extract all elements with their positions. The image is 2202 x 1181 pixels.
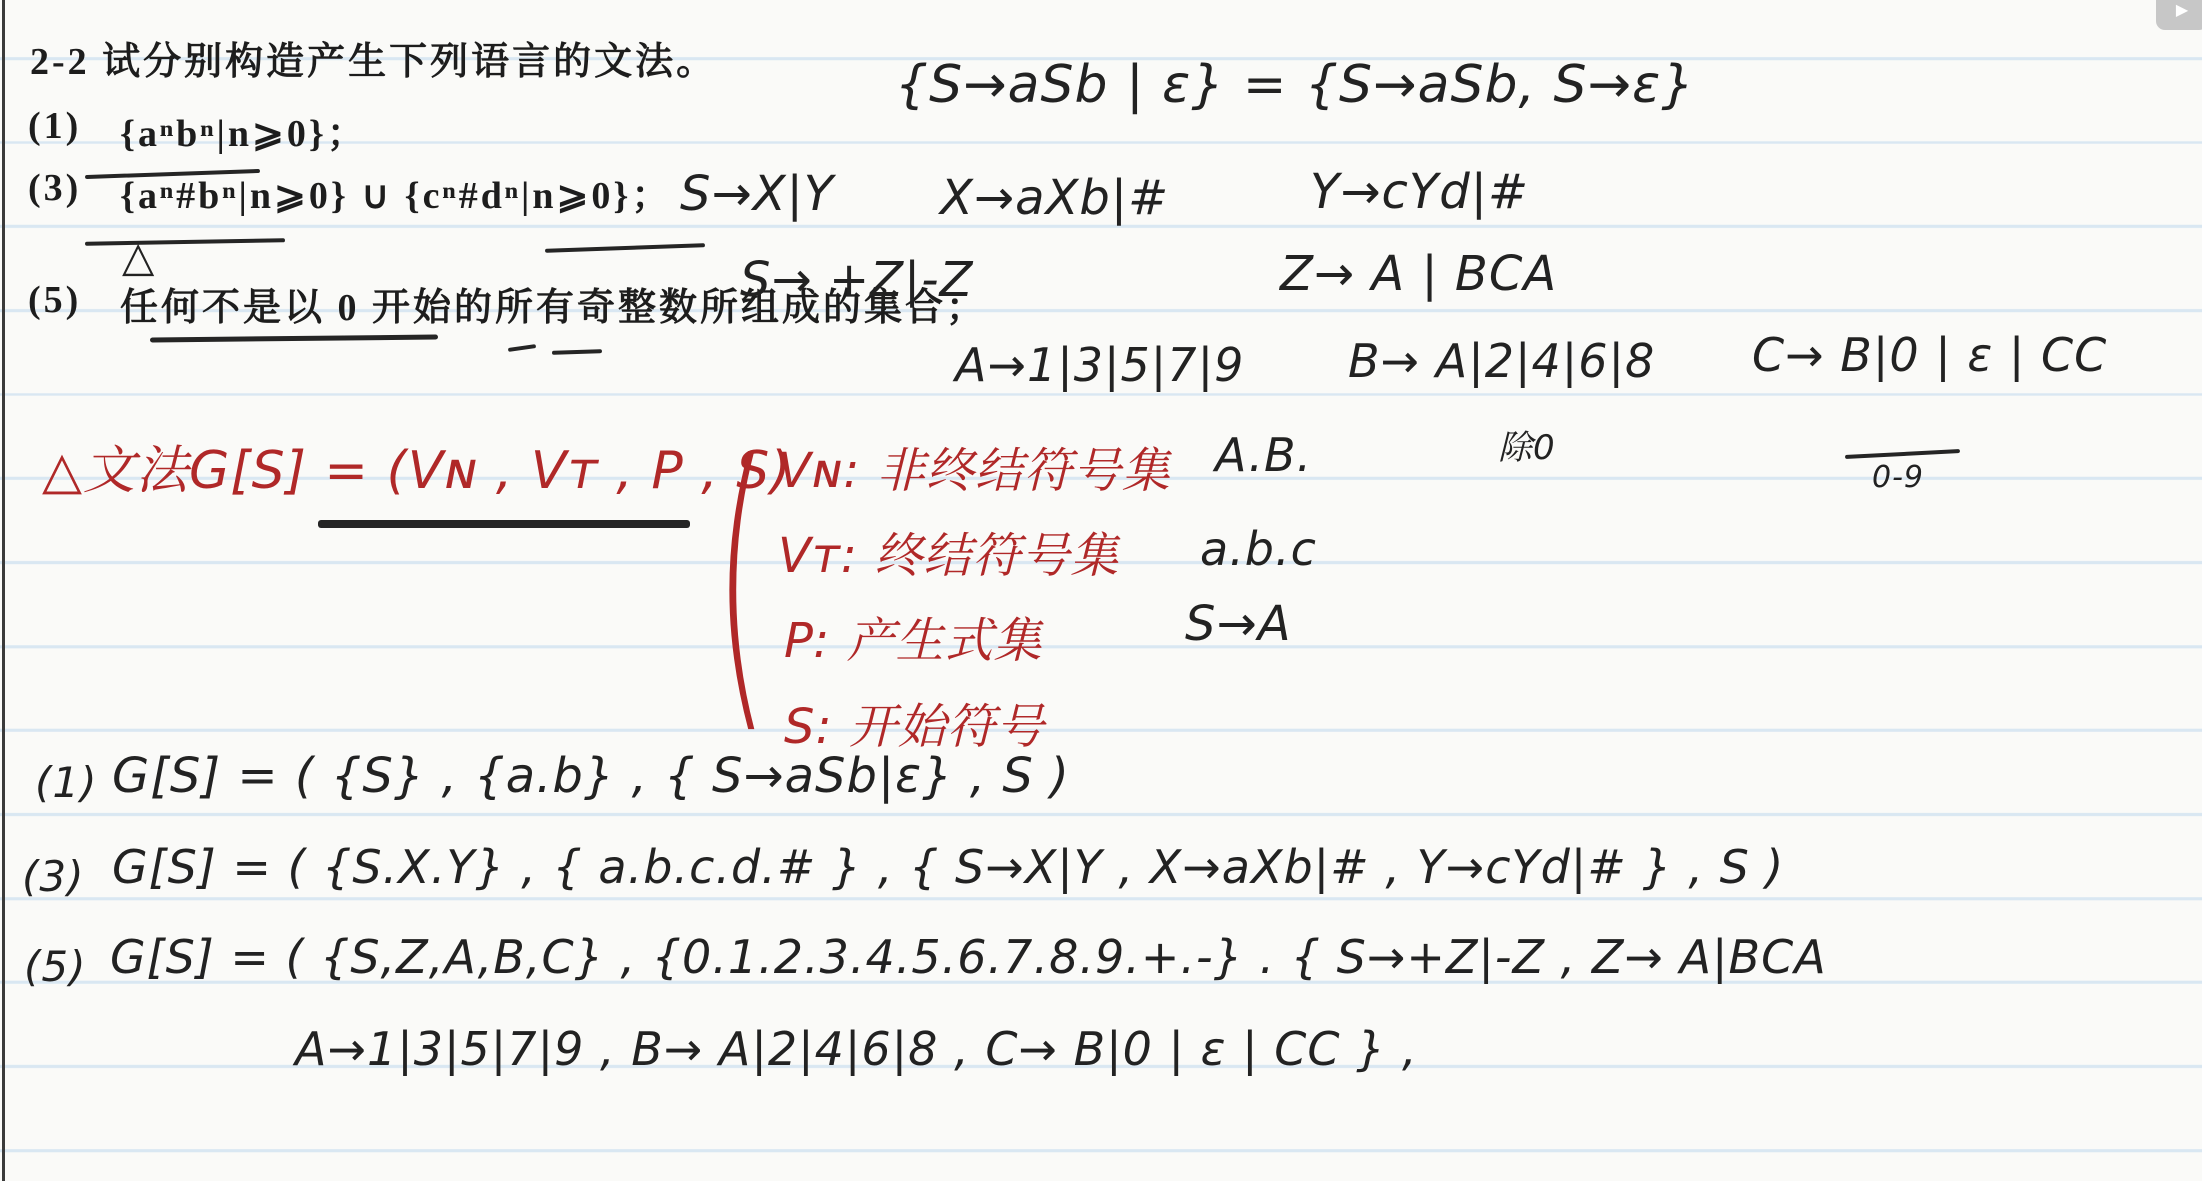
grammar-line-3-z: Z→ A | BCA (1280, 246, 1557, 302)
def-term-p: P: 产生式集 (784, 602, 1043, 671)
def-term-vt: Vᴛ: 终结符号集 (778, 517, 1119, 586)
answer-3-label: (3) (22, 852, 85, 901)
answer-1-label: (1) (35, 758, 98, 807)
def-p-term: P: (784, 613, 830, 669)
problem-5-label: (5) (28, 278, 81, 322)
grammar-line-2-y: Y→cYd|# (1310, 164, 1529, 220)
grammar-line-3-s: S→ +Z|-Z (740, 252, 973, 308)
answer-3-text: G[S] = ( {S.X.Y} , { a.b.c.d.# } , { S→X… (112, 840, 1784, 894)
note-zero-to-nine: 0-9 (1872, 460, 1924, 495)
def-s-term: S: (784, 699, 833, 755)
grammar-line-4-b: B→ A|2|4|6|8 (1348, 334, 1655, 388)
triangle-annotation: △ (122, 232, 155, 281)
definition-brace: ( (714, 424, 769, 736)
def-vn-desc: 非终结符号集 (877, 443, 1171, 499)
def-vt-term: Vᴛ: (778, 528, 858, 584)
tick-integer-char (552, 349, 602, 355)
underline-b-zero (1845, 449, 1960, 459)
notebook-page: ▶ 2-2 试分别构造产生下列语言的文法。 (1) {aⁿbⁿ|n⩾0}； (3… (0, 0, 2202, 1181)
def-p-desc: 产生式集 (847, 613, 1043, 669)
answer-5-text: G[S] = ( {S,Z,A,B,C} , {0.1.2.3.4.5.6.7.… (110, 930, 1827, 984)
def-p-example: S→A (1185, 596, 1292, 652)
problem-1-expression: {aⁿbⁿ|n⩾0}； (120, 102, 368, 157)
underline-definition (318, 520, 690, 528)
grammar-line-2-s: S→X|Y (680, 166, 834, 222)
underline-problem-3-right (545, 243, 705, 253)
grammar-line-2-x: X→aXb|# (940, 170, 1169, 226)
grammar-line-4-c: C→ B|0 | ε | CC (1752, 328, 2107, 382)
note-except-zero: 除0 (1498, 420, 1556, 469)
def-vn-term: Vɴ: (778, 443, 860, 499)
def-s-desc: 开始符号 (849, 699, 1045, 755)
problem-3-expression: {aⁿ#bⁿ|n⩾0} ∪ {cⁿ#dⁿ|n⩾0}； (120, 164, 672, 219)
tick-odd-char (508, 344, 536, 352)
def-term-vn: Vɴ: 非终结符号集 (778, 432, 1171, 501)
def-vn-example: A.B. (1215, 428, 1312, 482)
exercise-title: 2-2 试分别构造产生下列语言的文法。 (30, 30, 717, 85)
answer-5-label: (5) (24, 942, 87, 991)
page-edge-line (2, 0, 5, 1181)
def-term-s: S: 开始符号 (784, 688, 1045, 757)
underline-problem-3-left (85, 238, 285, 245)
grammar-line-1: {S→aSb | ε} = {S→aSb, S→ε} (895, 55, 1695, 115)
def-vt-desc: 终结符号集 (874, 528, 1119, 584)
underline-problem-5 (150, 334, 438, 342)
answer-5-continuation: A→1|3|5|7|9 , B→ A|2|4|6|8 , C→ B|0 | ε … (295, 1022, 1418, 1076)
definition-head: △文法G[S] = (Vɴ , Vᴛ , P , S) (42, 428, 792, 503)
grammar-line-4-a: A→1|3|5|7|9 (955, 338, 1244, 392)
problem-3-label: (3) (28, 166, 81, 210)
answer-1-text: G[S] = ( {S} , {a.b} , { S→aSb|ε} , S ) (112, 748, 1070, 804)
play-button[interactable]: ▶ (2156, 0, 2202, 30)
def-vt-example: a.b.c (1200, 522, 1317, 576)
play-icon: ▶ (2176, 0, 2188, 20)
problem-1-label: (1) (28, 104, 81, 148)
